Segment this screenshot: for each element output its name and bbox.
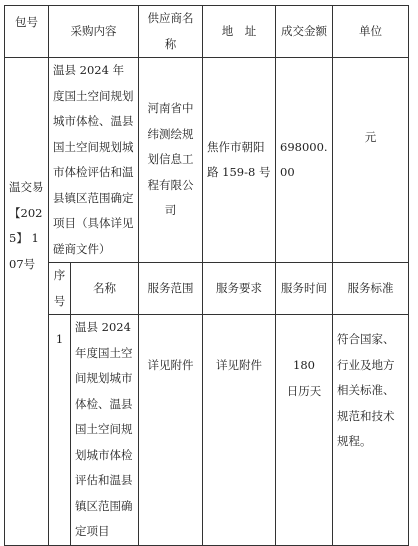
sub-header-name: 名称 [71,263,139,315]
content-cell: 温县 2024 年度国土空间规划城市体检、温县国土空间规划城市体检评估和温县镇区… [49,58,139,263]
amount-cell: 698000.00 [276,58,333,263]
unit-cell: 元 [333,58,409,263]
sub-row-name: 温县 2024 年度国土空间规划城市体检、温县国土空间规划城市体检评估和温县镇区… [71,315,139,501]
sub-row-requirement: 详见附件 [203,315,276,501]
supplier-cell: 河南省中纬测绘规划信息工程有限公司 [139,58,203,263]
sub-header-index: 序号 [49,263,71,315]
sub-row-standard: 符合国家、行业及地方相关标准、规范和技术规程。 [333,315,409,501]
package-no-cell: 温交易【2025】 107号 [5,58,49,501]
header-content: 采购内容 [49,6,139,58]
sub-row-index: 1 [49,315,71,501]
header-supplier: 供应商名称 [139,6,203,58]
address-cell: 焦作市朝阳路 159-8 号 [203,58,276,263]
sub-header-requirement: 服务要求 [203,263,276,315]
sub-header-row: 序号 名称 服务范围 服务要求 服务时间 服务标准 [5,263,409,315]
sub-row: 1 温县 2024 年度国土空间规划城市体检、温县国土空间规划城市体检评估和温县… [5,315,409,501]
sub-header-standard: 服务标准 [333,263,409,315]
header-package-no: 包号 [5,6,49,58]
header-unit: 单位 [333,6,409,58]
sub-header-time: 服务时间 [276,263,333,315]
header-amount: 成交金额 [276,6,333,58]
header-address: 地 址 [203,6,276,58]
main-row: 温交易【2025】 107号 温县 2024 年度国土空间规划城市体检、温县国土… [5,58,409,263]
procurement-result-table: 包号 采购内容 供应商名称 地 址 成交金额 单位 温交易【2025】 107号… [4,5,409,500]
sub-header-scope: 服务范围 [139,263,203,315]
sub-row-time: 180 日历天 [276,315,333,501]
header-row: 包号 采购内容 供应商名称 地 址 成交金额 单位 [5,6,409,58]
sub-row-scope: 详见附件 [139,315,203,501]
